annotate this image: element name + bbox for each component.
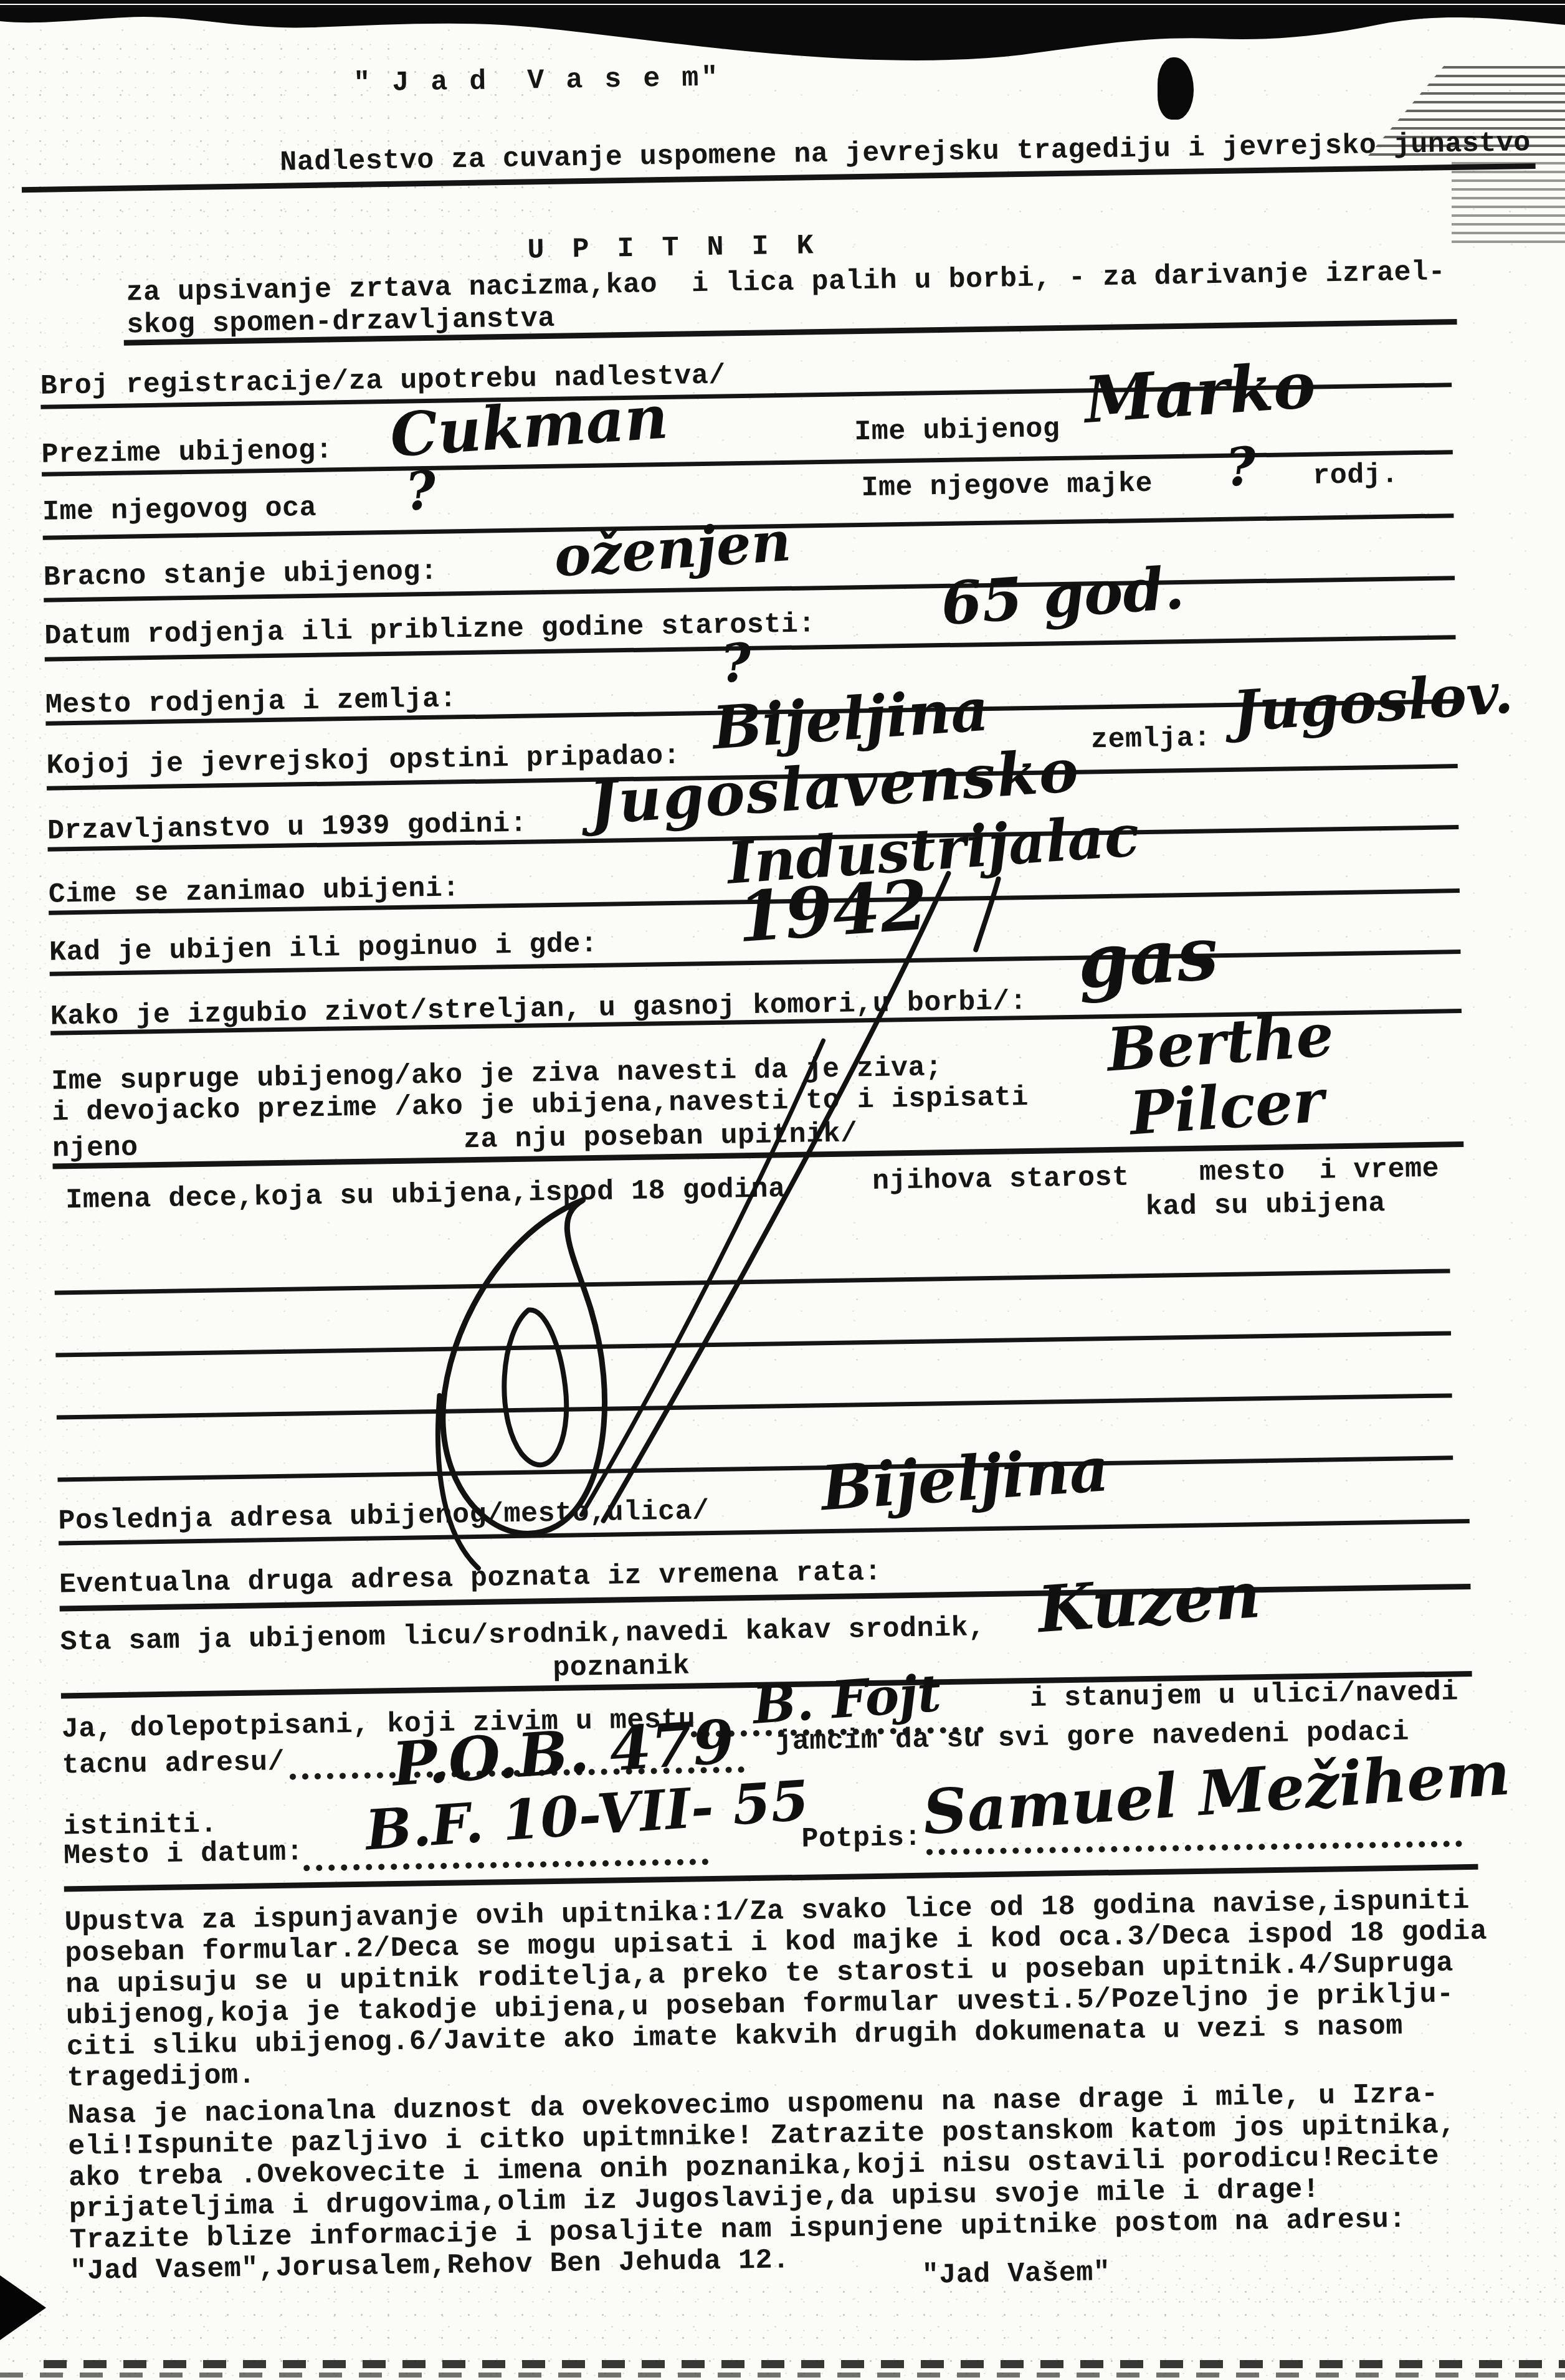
field-value-birthdate: 65 god.	[939, 554, 1186, 639]
field-label-last-address: Poslednja adresa ubijenog/mesto,ulica/	[58, 1496, 710, 1538]
date-dots[interactable]	[303, 1859, 708, 1871]
field-value-death: 1942	[735, 865, 930, 958]
children-row-line-1[interactable]	[55, 1269, 1450, 1295]
field-label-death: Kad je ubijen ili poginuo i gde:	[49, 929, 598, 969]
field-label-firstname: Ime ubijenog	[854, 414, 1060, 449]
footer-stamp: "Jad Vašem"	[921, 2257, 1110, 2292]
field-label-mother-maiden: rodj.	[1313, 460, 1399, 493]
field-value-country: Jugoslov.	[1230, 660, 1515, 745]
children-header-place-2: kad su ubijena	[1145, 1188, 1386, 1223]
intro-line-1: za upsivanje zrtava nacizma,kao i lica p…	[126, 257, 1445, 309]
children-row-line-4[interactable]	[57, 1455, 1453, 1482]
field-label-relation-2: poznanik	[553, 1651, 690, 1685]
field-label-relation: Sta sam ja ubijenom licu/srodnik,navedi …	[60, 1612, 986, 1659]
field-label-father: Ime njegovog oca	[42, 493, 317, 528]
declaration-line2-left: tacnu adresu/	[62, 1747, 285, 1782]
field-value-father: ?	[403, 459, 438, 523]
field-value-mother: ?	[1224, 435, 1258, 498]
field-label-birthdate: Datum rodjenja ili priblizne godine star…	[44, 609, 816, 652]
form-sheet: " J a d V a s e m" Nadlestvo za cuvanje …	[0, 0, 1565, 2380]
declaration-line1-right: i stanujem u ulici/navedi	[1030, 1677, 1458, 1715]
date-label: Mesto i datum:	[64, 1837, 304, 1872]
field-label-surname: Prezime ubijenog:	[41, 435, 333, 471]
appeal-paragraph: Nasa je nacionalna duznost da ovekovecim…	[67, 2078, 1458, 2287]
field-value-firstname: Marko	[1082, 348, 1318, 438]
children-header-names: Imena dece,koja su ubijena,ispod 18 godi…	[65, 1174, 786, 1217]
field-label-marital: Bracno stanje ubijenog:	[43, 556, 437, 594]
field-label-country: zemlja:	[1091, 723, 1211, 756]
instructions-paragraph: Upustva za ispunjavanje ovih upitnika:1/…	[64, 1885, 1489, 2095]
children-row-line-2[interactable]	[55, 1331, 1451, 1357]
children-row-line-3[interactable]	[57, 1393, 1452, 1419]
field-value-birthplace: ?	[719, 631, 754, 695]
field-label-mother: Ime njegove majke	[861, 469, 1153, 505]
field-label-spouse-3b: za nju poseban upitnik/	[464, 1118, 858, 1156]
scanned-questionnaire-page: " J a d V a s e m" Nadlestvo za cuvanje …	[0, 0, 1565, 2380]
field-value-spouse-2: Pilcer	[1128, 1067, 1326, 1149]
document-title: " J a d V a s e m"	[353, 63, 721, 100]
field-value-how-died: gas	[1075, 909, 1220, 1005]
children-header-age: njihova starost	[872, 1162, 1130, 1197]
field-value-relation: Kuzen	[1035, 1558, 1263, 1647]
field-label-spouse-3a: njeno	[52, 1132, 138, 1165]
form-title: U P I T N I K	[527, 231, 819, 267]
children-header-place-1: mesto i vreme	[1199, 1154, 1440, 1189]
field-value-marital: oženjen	[552, 508, 793, 589]
field-label-community: Kojoj je jevrejskoj opstini pripadao:	[46, 741, 680, 782]
field-value-last-address: Bijeljina	[819, 1434, 1111, 1525]
signature-label: Potpis:	[801, 1822, 921, 1855]
